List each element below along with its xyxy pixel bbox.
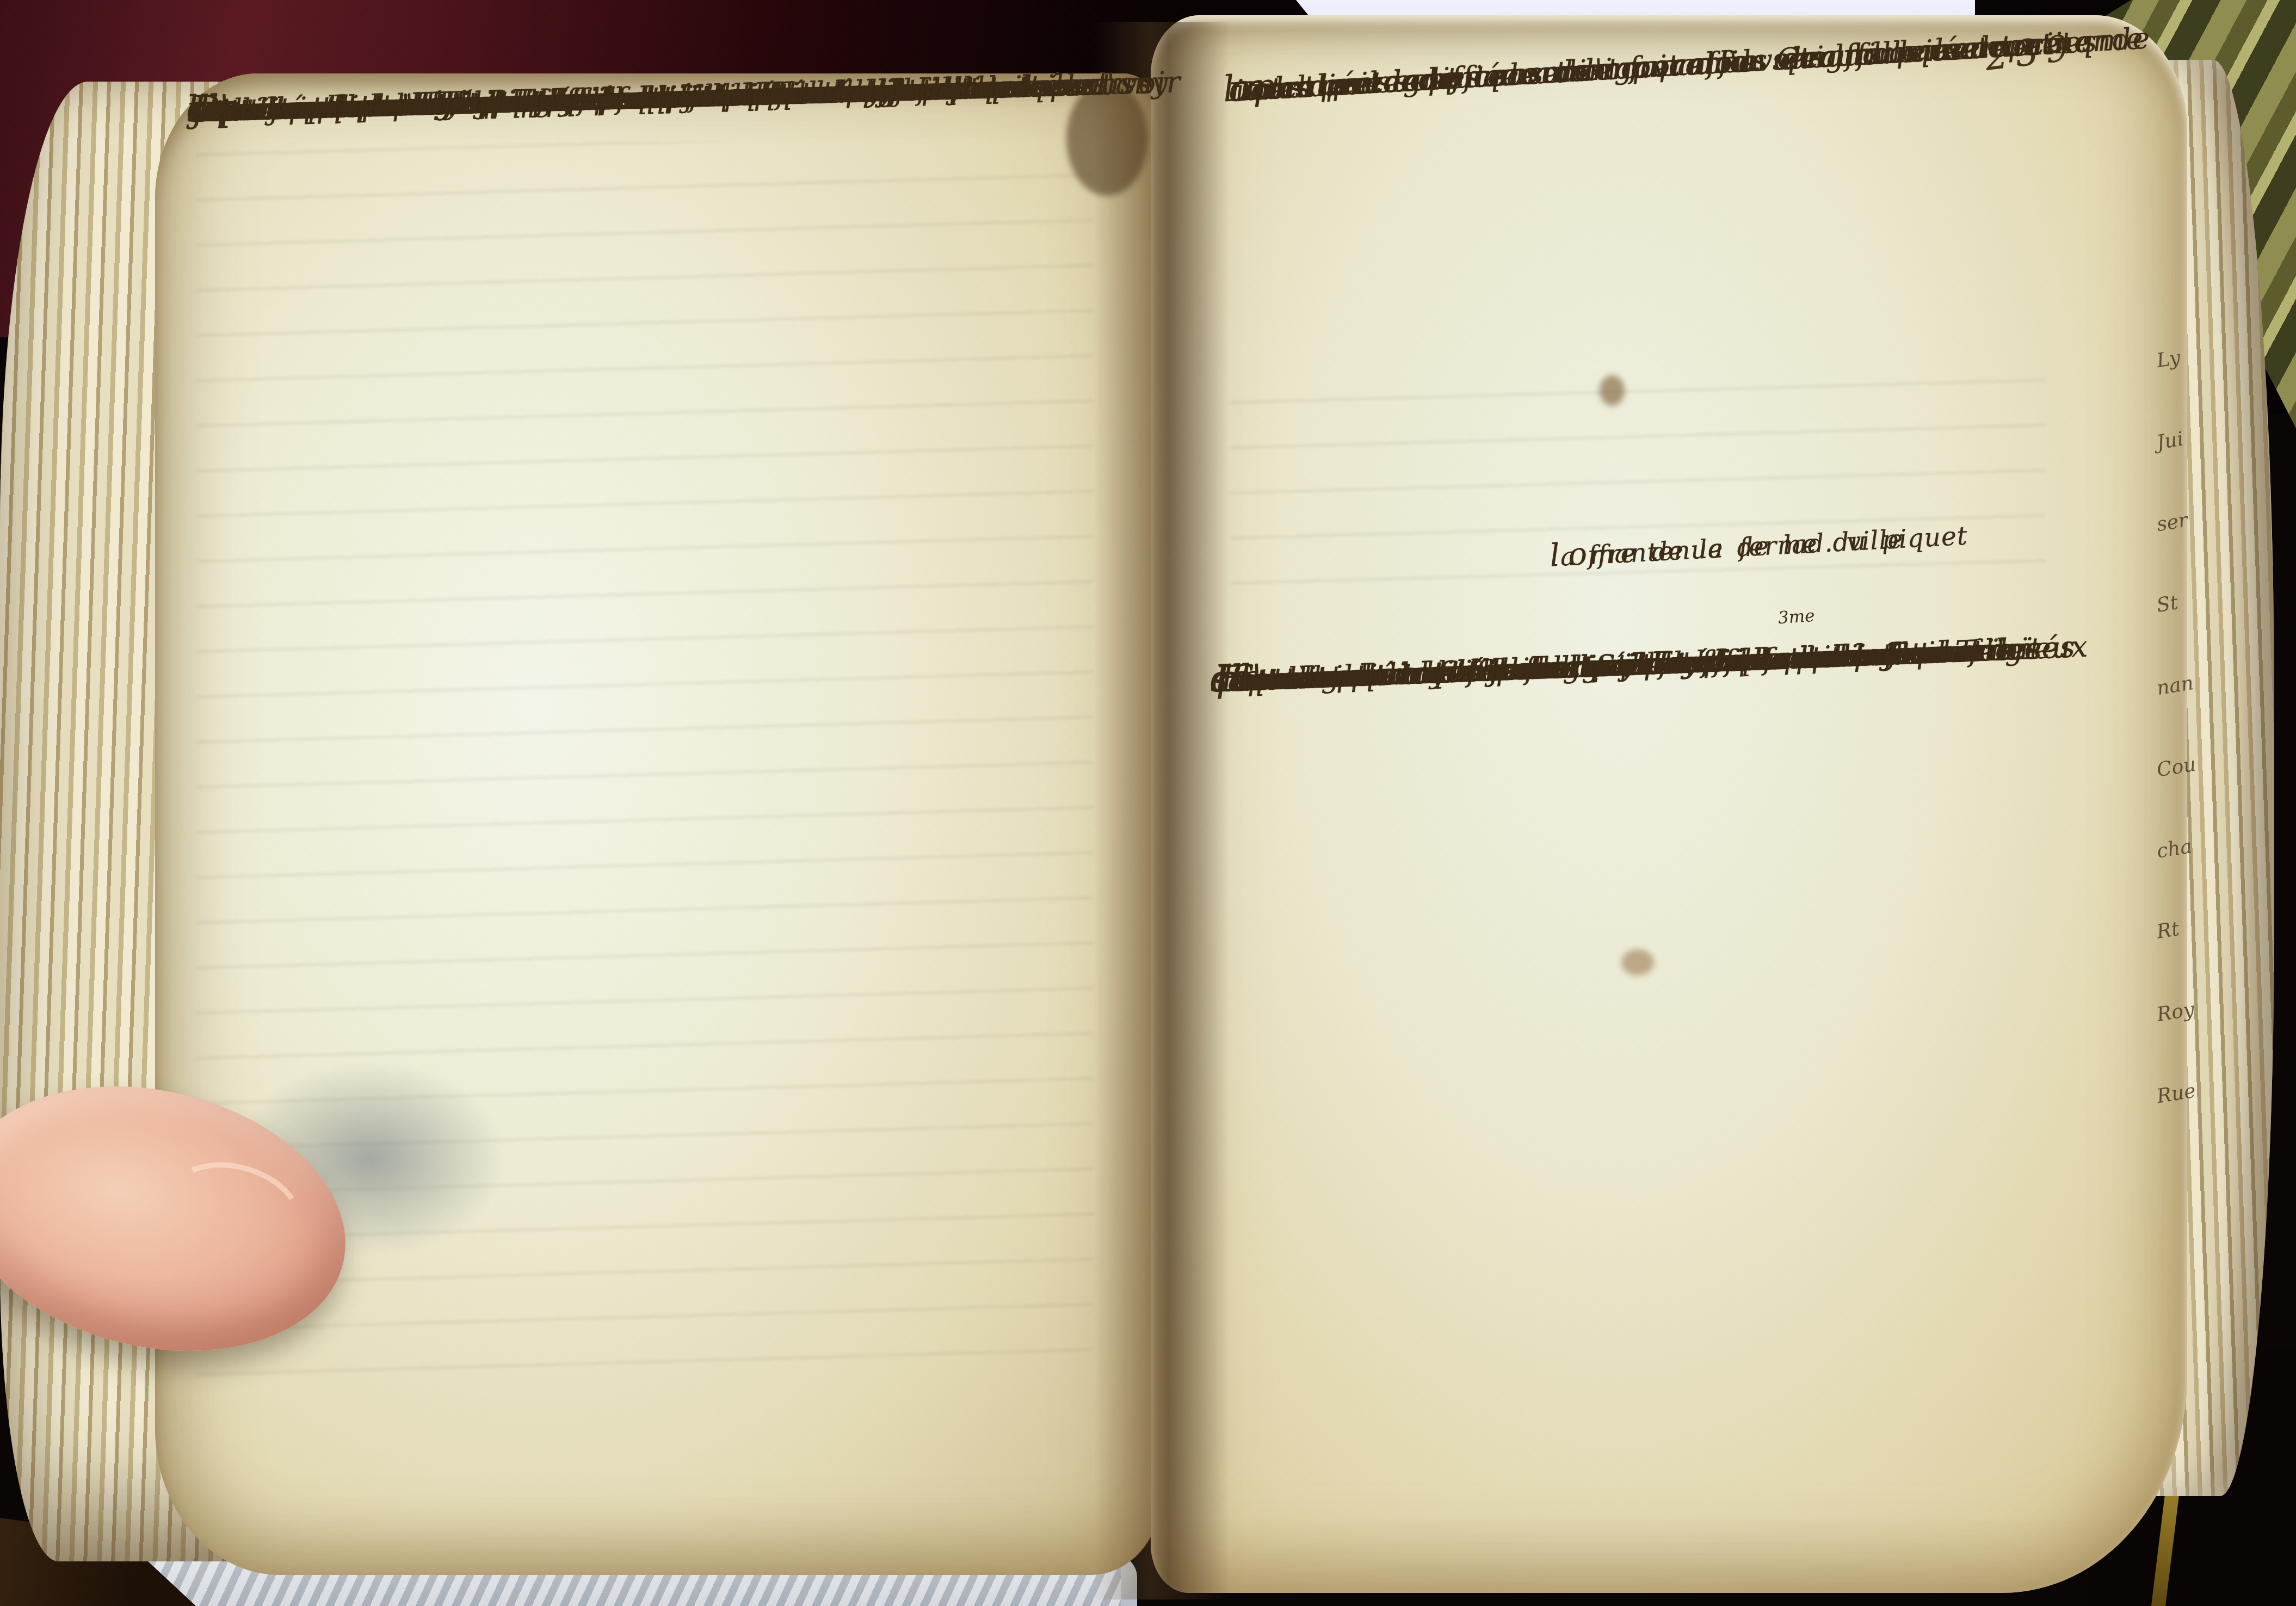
edge-fragment: Ly (2155, 347, 2182, 372)
edge-fragment: nan (2155, 672, 2195, 700)
book-gutter-shadow (1094, 22, 1230, 1599)
manuscript-photo: Donner aux mallades et personnes que o m… (0, 0, 2296, 1606)
ink-stain (1621, 949, 1654, 975)
superscript-note: 3me (1777, 606, 1816, 628)
edge-fragment: Cou (2155, 753, 2198, 782)
edge-fragment: cha (2155, 835, 2193, 863)
right-page (1151, 15, 2187, 1593)
edge-fragment: Jui (2155, 428, 2185, 454)
ink-stain (1600, 375, 1625, 406)
page-edge-text-fragments: LyJuiserStnanCouchaRtRoyRue (2152, 348, 2267, 1273)
edge-fragment: ser (2155, 509, 2189, 536)
edge-fragment: Rt (2155, 918, 2181, 943)
edge-fragment: St (2155, 591, 2180, 617)
edge-fragment: Rue (2155, 1080, 2197, 1108)
left-page (155, 73, 1162, 1575)
edge-fragment: Roy (2155, 998, 2196, 1026)
